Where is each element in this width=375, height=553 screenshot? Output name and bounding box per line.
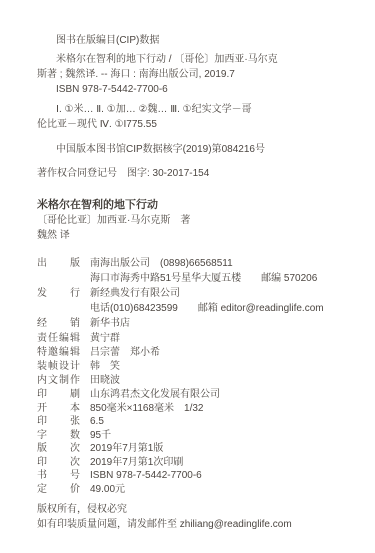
row-value: 新华书店 [90, 316, 359, 331]
row-isbn: 书号 ISBN 978-7-5442-7700-6 [37, 469, 359, 483]
book-author: 〔哥伦比亚〕加西亚·马尔克斯 著 [37, 213, 359, 228]
copyright-page: 图书在版编目(CIP)数据 米格尔在智利的地下行动 / 〔哥伦〕加西亚·马尔克 … [0, 0, 375, 553]
cip-heading: 图书在版编目(CIP)数据 [37, 33, 359, 48]
publisher-address: 海口市海秀中路51号星华大厦五楼 邮编 570206 [90, 271, 359, 286]
cip-block: 图书在版编目(CIP)数据 米格尔在智利的地下行动 / 〔哥伦〕加西亚·马尔克 … [37, 33, 359, 157]
printer-name: 山东鸿君杰文化发展有限公司 [90, 388, 359, 402]
distributor-contact: 电话(010)68423599 邮箱 editor@readinglife.co… [90, 301, 359, 316]
row-label: 印刷 [37, 388, 80, 402]
row-label: 发行 [37, 286, 80, 301]
row-retailer: 经销 新华书店 [37, 316, 359, 331]
row-guest-editor: 特邀编辑 吕宗蕾 郑小希 [37, 346, 359, 360]
cip-title-line: 米格尔在智利的地下行动 / 〔哥伦〕加西亚·马尔克 [37, 52, 359, 67]
copyright-registration-number: 著作权合同登记号 图字: 30-2017-154 [37, 166, 359, 181]
cip-classification-line-2: 伦比亚－现代 Ⅳ. ①I775.55 [37, 117, 359, 132]
row-chief-editor: 责任编辑 黄宁群 [37, 332, 359, 346]
row-price: 定价 49.00元 [37, 483, 359, 497]
book-translator: 魏然 译 [37, 228, 359, 243]
print-specs: 印刷 山东鸿君杰文化发展有限公司 开本 850毫米×1168毫米 1/32 印张… [37, 388, 359, 496]
row-label: 开本 [37, 402, 80, 416]
row-distributor: 发行 新经典发行有限公司 电话(010)68423599 邮箱 editor@r… [37, 286, 359, 316]
publisher-name-phone: 南海出版公司 (0898)66568511 [90, 256, 359, 271]
row-sheets: 印张 6.5 [37, 415, 359, 429]
row-label: 装帧设计 [37, 360, 80, 374]
row-label: 经销 [37, 316, 80, 331]
chief-editor-name: 黄宁群 [90, 332, 359, 346]
row-publisher: 出版 南海出版公司 (0898)66568511 海口市海秀中路51号星华大厦五… [37, 256, 359, 286]
row-format: 开本 850毫米×1168毫米 1/32 [37, 402, 359, 416]
designer-name: 韩 笑 [90, 360, 359, 374]
impression-value: 2019年7月第1次印刷 [90, 456, 359, 470]
row-word-count: 字数 95千 [37, 429, 359, 443]
row-value: 南海出版公司 (0898)66568511 海口市海秀中路51号星华大厦五楼 邮… [90, 256, 359, 286]
row-label: 定价 [37, 483, 80, 497]
row-label: 责任编辑 [37, 332, 80, 346]
row-label: 出版 [37, 256, 80, 271]
cip-record-number: 中国版本图书馆CIP数据核字(2019)第084216号 [37, 142, 359, 157]
row-label: 书号 [37, 469, 80, 483]
publishing-info: 出版 南海出版公司 (0898)66568511 海口市海秀中路51号星华大厦五… [37, 256, 359, 331]
row-typesetter: 内文制作 田晓波 [37, 374, 359, 388]
format-value: 850毫米×1168毫米 1/32 [90, 402, 359, 416]
word-count-value: 95千 [90, 429, 359, 443]
title-block: 米格尔在智利的地下行动 〔哥伦比亚〕加西亚·马尔克斯 著 魏然 译 [37, 198, 359, 243]
guest-editor-names: 吕宗蕾 郑小希 [90, 346, 359, 360]
isbn-value: ISBN 978-7-5442-7700-6 [90, 469, 359, 483]
retailer-name: 新华书店 [90, 316, 359, 331]
cip-isbn: ISBN 978-7-5442-7700-6 [37, 82, 359, 97]
edition-value: 2019年7月第1版 [90, 442, 359, 456]
book-title: 米格尔在智利的地下行动 [37, 198, 359, 213]
row-label: 内文制作 [37, 374, 80, 388]
price-value: 49.00元 [90, 483, 359, 497]
row-label: 印张 [37, 415, 80, 429]
editors-info: 责任编辑 黄宁群 特邀编辑 吕宗蕾 郑小希 装帧设计 韩 笑 内文制作 田晓波 [37, 332, 359, 388]
quality-contact: 如有印装质量问题，请发邮件至 zhiliang@readinglife.com [37, 518, 359, 533]
row-printer: 印刷 山东鸿君杰文化发展有限公司 [37, 388, 359, 402]
row-edition: 版次 2019年7月第1版 [37, 442, 359, 456]
row-impression: 印次 2019年7月第1次印刷 [37, 456, 359, 470]
row-value: 新经典发行有限公司 电话(010)68423599 邮箱 editor@read… [90, 286, 359, 316]
distributor-name: 新经典发行有限公司 [90, 286, 359, 301]
cip-title-line-2: 斯著 ; 魏然译. -- 海口 : 南海出版公司, 2019.7 [37, 67, 359, 82]
rights-notice: 版权所有，侵权必究 [37, 503, 359, 518]
sheets-value: 6.5 [90, 415, 359, 429]
row-label: 字数 [37, 429, 80, 443]
typesetter-name: 田晓波 [90, 374, 359, 388]
row-label: 特邀编辑 [37, 346, 80, 360]
cip-classification-line-1: Ⅰ. ①米… Ⅱ. ①加… ②魏… Ⅲ. ①纪实文学－哥 [37, 102, 359, 117]
footer: 版权所有，侵权必究 如有印装质量问题，请发邮件至 zhiliang@readin… [37, 503, 359, 532]
row-label: 印次 [37, 456, 80, 470]
row-label: 版次 [37, 442, 80, 456]
row-designer: 装帧设计 韩 笑 [37, 360, 359, 374]
